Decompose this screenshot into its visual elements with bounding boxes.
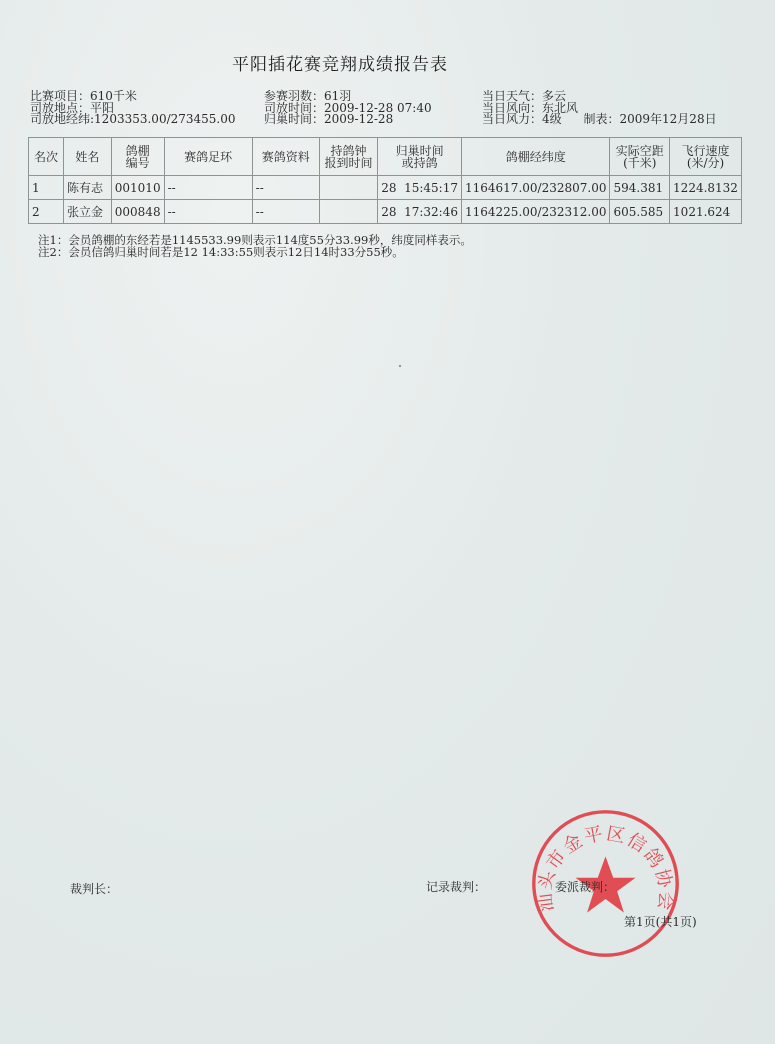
table-cell: -- (164, 200, 252, 224)
table-cell: 1021.624 (670, 200, 742, 224)
table-row: 1陈有志001010----28 15:45:171164617.00/2328… (29, 176, 742, 200)
table-cell: 1164617.00/232807.00 (462, 176, 610, 200)
chief-referee-signature: 裁判长： (70, 880, 118, 897)
notes: 注1：会员鸽棚的东经若是1145533.99则表示114度55分33.99秒，纬… (38, 234, 472, 258)
column-header: 鸽棚编号 (111, 138, 164, 176)
table-header-row: 名次姓名鸽棚编号赛鸽足环赛鸽资料持鸽钟报到时间归巢时间或持鸽鸽棚经纬度实际空距(… (29, 138, 742, 176)
table-cell: -- (164, 176, 252, 200)
table-cell: 2 (29, 200, 64, 224)
column-header: 赛鸽足环 (164, 138, 252, 176)
results-table: 名次姓名鸽棚编号赛鸽足环赛鸽资料持鸽钟报到时间归巢时间或持鸽鸽棚经纬度实际空距(… (28, 137, 742, 224)
info-wind-force: 当日风力：4级 制表：2009年12月28日 (482, 114, 717, 126)
table-cell: 594.381 (610, 176, 670, 200)
paper-speck (399, 365, 401, 367)
column-header: 赛鸽资料 (252, 138, 319, 176)
note-2: 注2：会员信鸽归巢时间若是12 14:33:55则表示12日14时33分55秒。 (38, 246, 472, 258)
column-header: 实际空距(千米) (610, 138, 670, 176)
table-cell (319, 176, 377, 200)
info-release-coordinates: 司放地经纬:1203353.00/273455.00 (30, 114, 236, 126)
table-cell: 张立金 (64, 200, 112, 224)
info-return-time: 归巢时间：2009-12-28 (264, 114, 432, 126)
table-cell: 1224.8132 (670, 176, 742, 200)
column-header: 姓名 (64, 138, 112, 176)
table-cell: 28 15:45:17 (378, 176, 462, 200)
table-cell: 1 (29, 176, 64, 200)
table-cell: 陈有志 (64, 176, 112, 200)
info-made-date: 制表：2009年12月28日 (583, 114, 716, 125)
table-cell: 001010 (111, 176, 164, 200)
info-block-timing: 参赛羽数：61羽 司放时间：2009-12-28 07:40 归巢时间：2009… (264, 91, 432, 126)
column-header: 飞行速度(米/分) (670, 138, 742, 176)
table-cell: 000848 (111, 200, 164, 224)
info-block-weather: 当日天气：多云 当日风向：东北风 当日风力：4级 制表：2009年12月28日 (482, 91, 717, 126)
page-number: 第1页(共1页) (624, 913, 697, 930)
column-header: 名次 (29, 138, 64, 176)
table-cell (319, 200, 377, 224)
table-cell: -- (252, 176, 319, 200)
column-header: 归巢时间或持鸽 (378, 138, 462, 176)
recording-referee-signature: 记录裁判： (426, 878, 486, 895)
table-cell: 605.585 (610, 200, 670, 224)
column-header: 持鸽钟报到时间 (319, 138, 377, 176)
table-cell: -- (252, 200, 319, 224)
table-cell: 28 17:32:46 (378, 200, 462, 224)
table-row: 2张立金000848----28 17:32:461164225.00/2323… (29, 200, 742, 224)
table-cell: 1164225.00/232312.00 (462, 200, 610, 224)
report-title: 平阳插花赛竞翔成绩报告表 (0, 50, 680, 75)
appointed-referee-signature: 委派裁判： (555, 878, 615, 895)
info-block-event: 比赛项目：610千米 司放地点：平阳 司放地经纬:1203353.00/2734… (30, 91, 236, 126)
table-body: 1陈有志001010----28 15:45:171164617.00/2328… (29, 176, 742, 224)
column-header: 鸽棚经纬度 (462, 138, 610, 176)
